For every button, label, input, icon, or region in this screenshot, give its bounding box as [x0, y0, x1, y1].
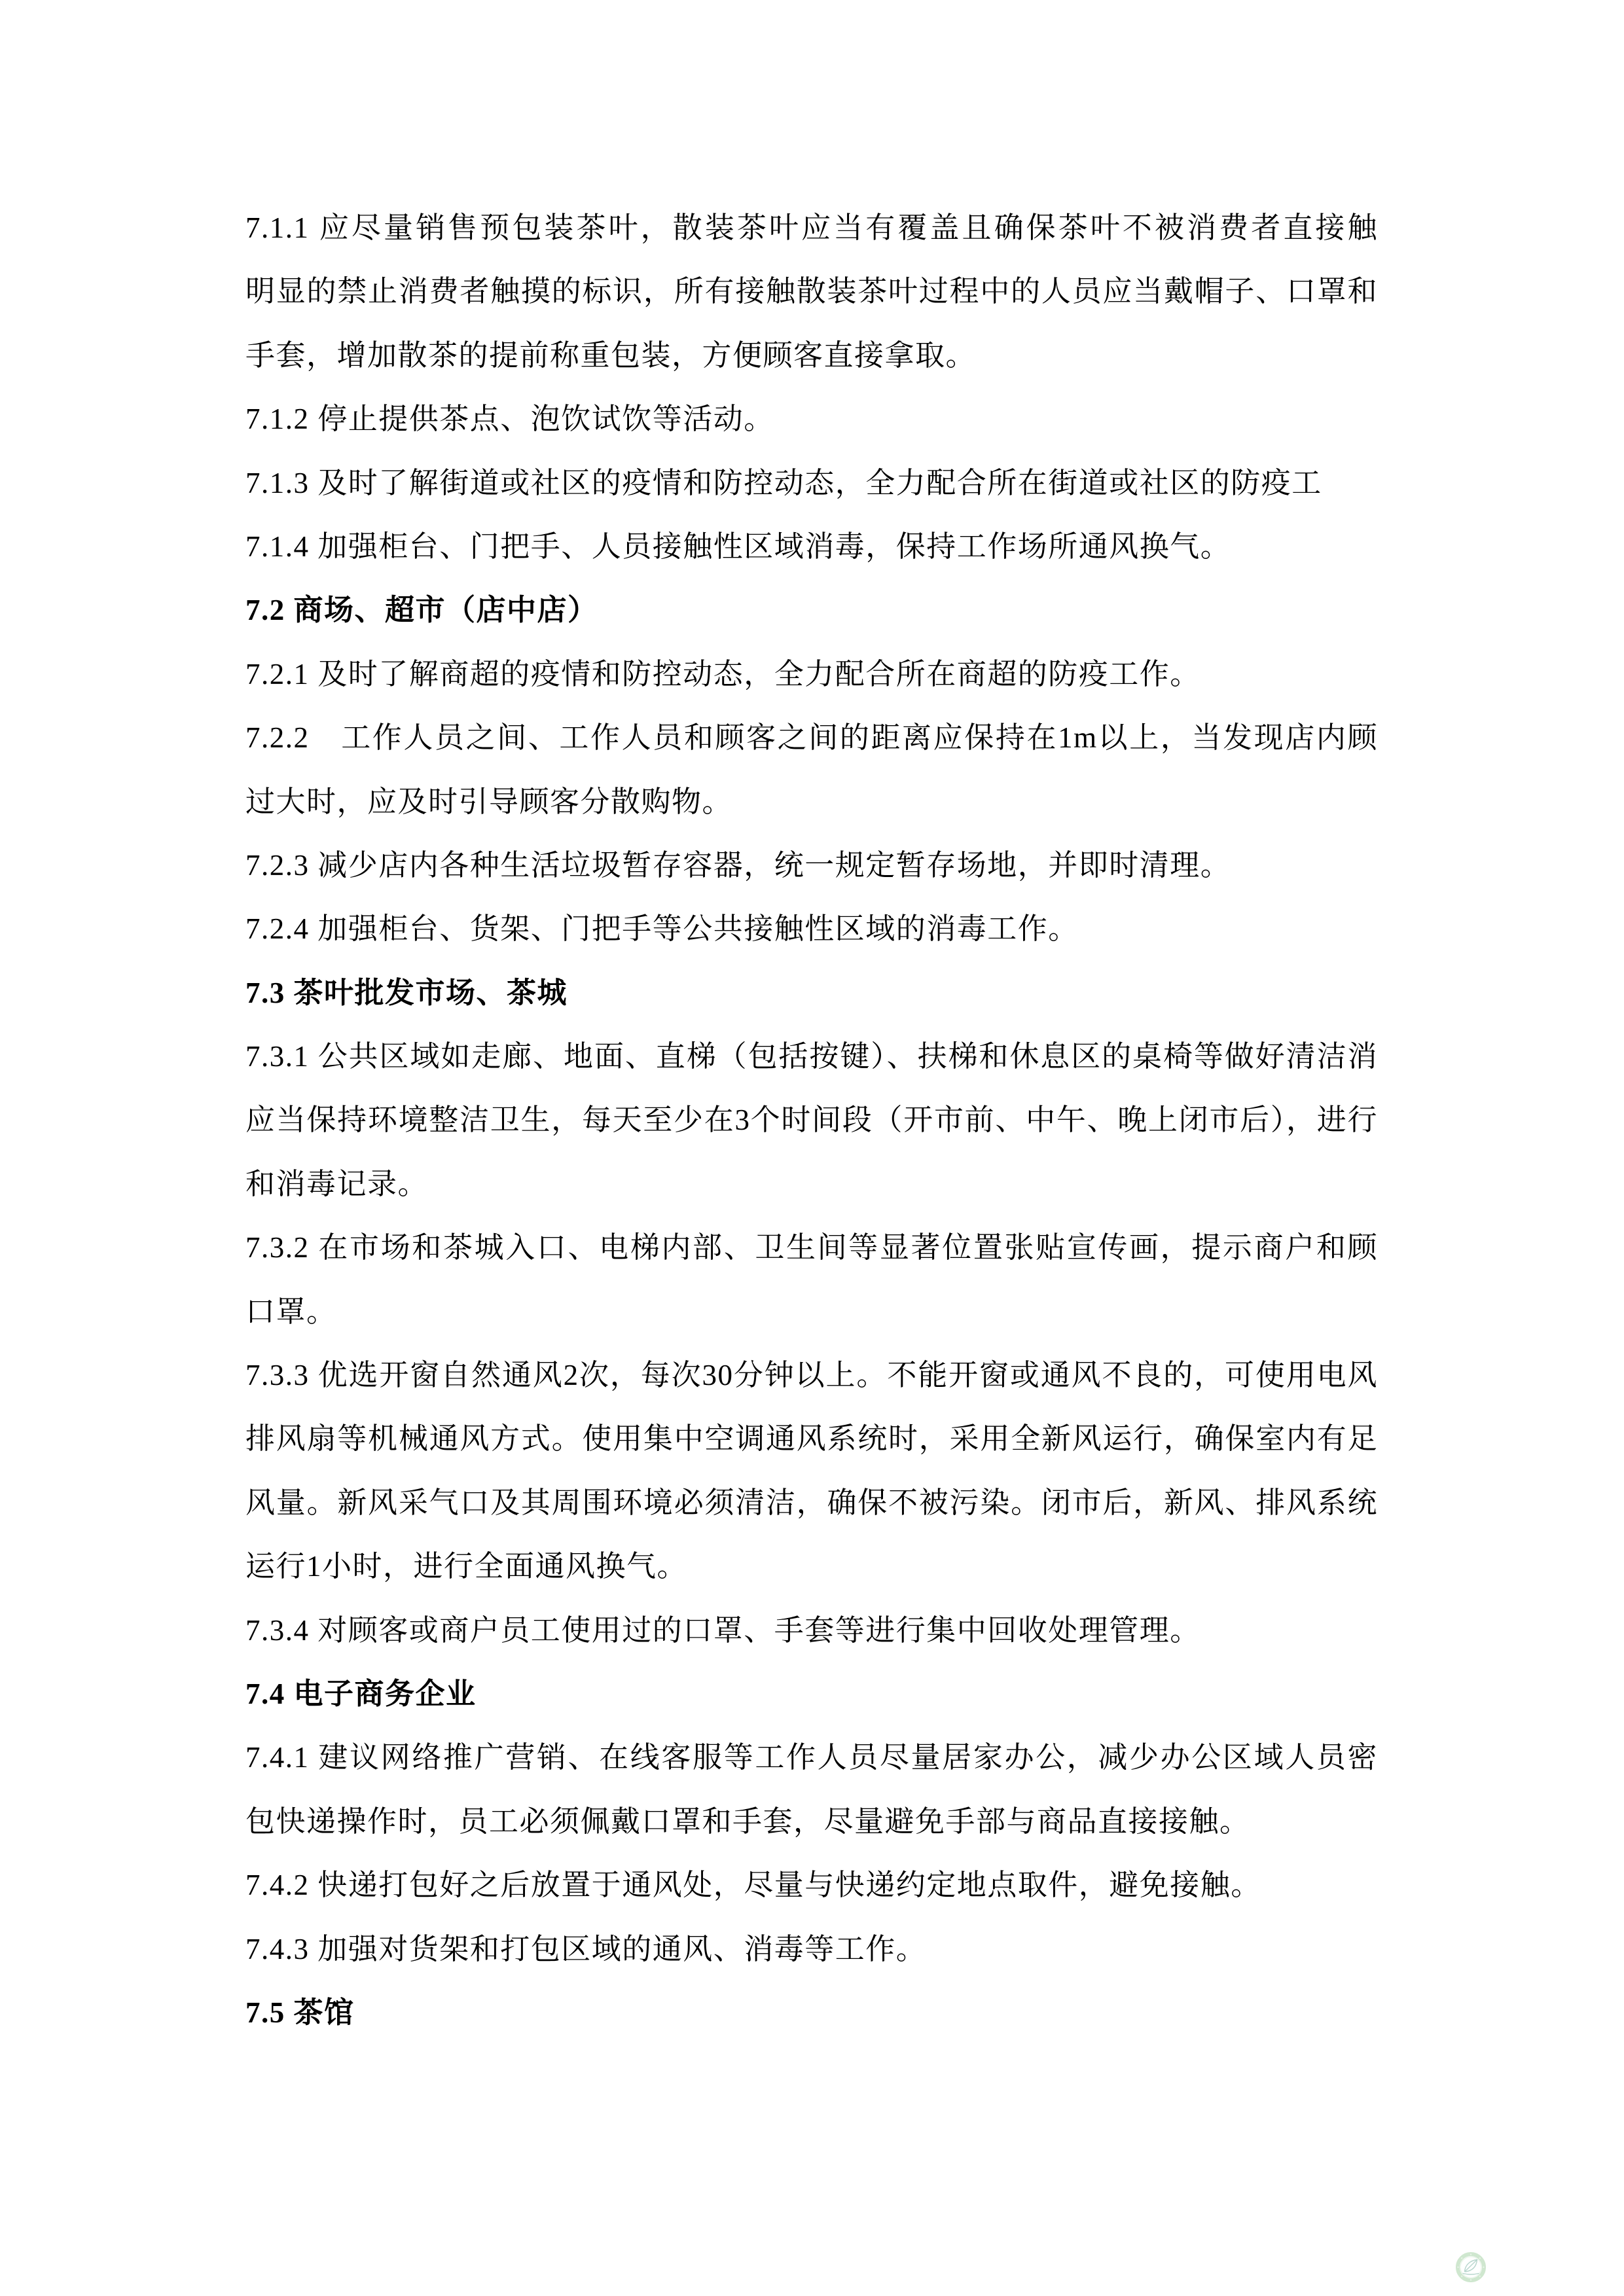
- paragraph-line: 7.3.2 在市场和茶城入口、电梯内部、卫生间等显著位置张贴宣传画，提示商户和顾…: [245, 1216, 1378, 1280]
- paragraph-line: 7.4.2 快递打包好之后放置于通风处，尽量与快递约定地点取件，避免接触。: [245, 1854, 1378, 1917]
- section-heading: 7.2 商场、超市（店中店）: [245, 579, 1378, 642]
- paragraph-line: 7.4.1 建议网络推广营销、在线客服等工作人员尽量居家办公，减少办公区域人员密…: [245, 1726, 1378, 1789]
- paragraph-line: 7.1.3 及时了解街道或社区的疫情和防控动态，全力配合所在街道或社区的防疫工作…: [245, 452, 1378, 515]
- paragraph-line: 7.2.2 工作人员之间、工作人员和顾客之间的距离应保持在1m以上，当发现店内顾…: [245, 706, 1378, 770]
- paragraph-line: 7.3.4 对顾客或商户员工使用过的口罩、手套等进行集中回收处理管理。: [245, 1599, 1378, 1662]
- leaf-seal-watermark: [1456, 2252, 1486, 2282]
- paragraph-line: 应当保持环境整洁卫生，每天至少在3个时间段（开市前、中午、晚上闭市后），进行清洁: [245, 1088, 1378, 1152]
- paragraph-line: 手套，增加散茶的提前称重包装，方便顾客直接拿取。: [245, 324, 1378, 387]
- paragraph-line: 和消毒记录。: [245, 1153, 1378, 1216]
- paragraph-line: 包快递操作时，员工必须佩戴口罩和手套，尽量避免手部与商品直接接触。: [245, 1790, 1378, 1854]
- section-heading: 7.5 茶馆: [245, 1981, 1378, 2045]
- paragraph-line: 口罩。: [245, 1280, 1378, 1344]
- paragraph-line: 7.3.3 优选开窗自然通风2次，每次30分钟以上。不能开窗或通风不良的，可使用…: [245, 1344, 1378, 1407]
- paragraph-line: 7.2.4 加强柜台、货架、门把手等公共接触性区域的消毒工作。: [245, 897, 1378, 961]
- paragraph-line: 7.1.2 停止提供茶点、泡饮试饮等活动。: [245, 387, 1378, 451]
- document-content: 7.1.1 应尽量销售预包装茶叶，散装茶叶应当有覆盖且确保茶叶不被消费者直接触及…: [245, 196, 1378, 2045]
- paragraph-line: 风量。新风采气口及其周围环境必须清洁，确保不被污染。闭市后，新风、排风系统继续: [245, 1471, 1378, 1535]
- paragraph-line: 运行1小时，进行全面通风换气。: [245, 1535, 1378, 1598]
- section-heading: 7.4 电子商务企业: [245, 1662, 1378, 1726]
- section-heading: 7.3 茶叶批发市场、茶城: [245, 961, 1378, 1025]
- document-page: 7.1.1 应尽量销售预包装茶叶，散装茶叶应当有覆盖且确保茶叶不被消费者直接触及…: [0, 0, 1624, 2296]
- paragraph-line: 排风扇等机械通风方式。使用集中空调通风系统时，采用全新风运行，确保室内有足够的新: [245, 1407, 1378, 1471]
- paragraph-line: 7.3.1 公共区域如走廊、地面、直梯（包括按键）、扶梯和休息区的桌椅等做好清洁…: [245, 1025, 1378, 1088]
- paragraph-line: 7.1.1 应尽量销售预包装茶叶，散装茶叶应当有覆盖且确保茶叶不被消费者直接触及…: [245, 196, 1378, 260]
- paragraph-line: 过大时，应及时引导顾客分散购物。: [245, 770, 1378, 834]
- paragraph-line: 明显的禁止消费者触摸的标识，所有接触散装茶叶过程中的人员应当戴帽子、口罩和一次性: [245, 260, 1378, 323]
- paragraph-line: 7.2.1 及时了解商超的疫情和防控动态，全力配合所在商超的防疫工作。: [245, 643, 1378, 706]
- paragraph-line: 7.4.3 加强对货架和打包区域的通风、消毒等工作。: [245, 1918, 1378, 1981]
- paragraph-line: 7.1.4 加强柜台、门把手、人员接触性区域消毒，保持工作场所通风换气。: [245, 515, 1378, 579]
- paragraph-line: 7.2.3 减少店内各种生活垃圾暂存容器，统一规定暂存场地，并即时清理。: [245, 834, 1378, 897]
